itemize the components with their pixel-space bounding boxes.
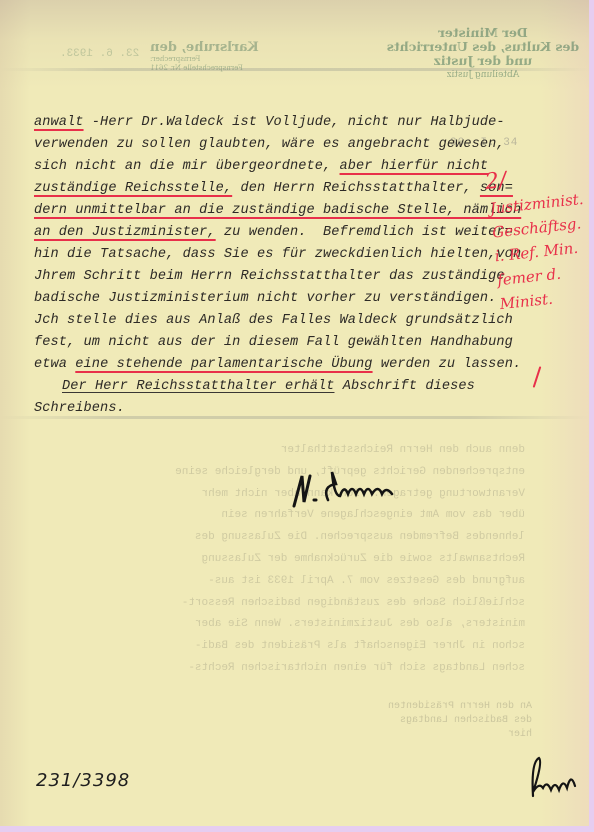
letter-line: zuständige Reichsstelle, den Herrn Reich… [34, 178, 554, 200]
letter-line: Jhrem Schritt beim Herrn Reichsstatthalt… [34, 266, 554, 288]
letter-line: hin die Tatsache, dass Sie es für zweckd… [34, 244, 554, 266]
file-number: 231/3398 [36, 770, 130, 791]
letter-line: dern unmittelbar an die zuständige badis… [34, 200, 554, 222]
letter-line: anwalt -Herr Dr.Waldeck ist Volljude, ni… [34, 112, 554, 134]
letterhead-date: 23. 6. 1933. [60, 48, 139, 60]
text-run: Jch stelle dies aus Anlaß des Falles Wal… [34, 313, 513, 328]
letter-line: Jch stelle dies aus Anlaß des Falles Wal… [34, 310, 554, 332]
letter-line: fest, um nicht aus der in diesem Fall ge… [34, 332, 554, 354]
underlined-phrase: Der Herr Reichsstatthalter erhält [62, 379, 335, 394]
letterhead-phone-number: Fernsprechstelle Nr. 2611 [150, 64, 259, 73]
text-run: Jhrem Schritt beim Herrn Reichsstatthalt… [34, 269, 505, 284]
letter-body: anwalt -Herr Dr.Waldeck ist Volljude, ni… [34, 112, 554, 420]
letter-line: Der Herr Reichsstatthalter erhält Abschr… [34, 376, 554, 398]
letterhead-location: Karlsruhe, den Fernsprecher: Fernsprechs… [150, 40, 259, 73]
authority-line: Der Minister [378, 26, 588, 40]
authority-department: Abteilung Justiz [378, 68, 588, 82]
annotation-number: 2/ [484, 169, 508, 195]
initials [525, 752, 581, 807]
underlined-phrase: anwalt [34, 115, 84, 130]
text-run: werden zu lassen. [373, 357, 522, 372]
text-run: etwa [34, 357, 75, 372]
letter-line: Schreibens. [34, 398, 554, 420]
letter-line: an den Justizminister, zu wenden. Befrem… [34, 222, 554, 244]
signature [288, 466, 408, 519]
letter-line: sich nicht an die mir übergeordnete, abe… [34, 156, 554, 178]
letter-line: etwa eine stehende parlamentarische Übun… [34, 354, 554, 376]
underlined-phrase: an den Justizminister, [34, 225, 216, 240]
underlined-phrase: dern unmittelbar an die zuständige badis… [34, 203, 521, 218]
letter-line: badische Justizministerium nicht vorher … [34, 288, 554, 310]
text-run: Abschrift dieses [335, 379, 475, 394]
text-run: zu wenden. Befremdlich ist weiter= [216, 225, 513, 240]
text-run: -Herr Dr.Waldeck ist Volljude, nicht nur… [84, 115, 505, 130]
underlined-phrase: eine stehende parlamentarische Übung [75, 357, 372, 372]
letterhead-authority: Der Minister des Kultus, des Unterrichts… [378, 26, 588, 82]
initials-scribble-icon [525, 752, 581, 802]
letter-line: verwenden zu sollen glaubten, wäre es an… [34, 134, 554, 156]
letterhead-city: Karlsruhe, den [150, 40, 259, 55]
signature-scribble-icon [288, 466, 408, 514]
underlined-phrase: aber hierfür nicht [340, 159, 489, 174]
text-run: hin die Tatsache, dass Sie es für zweckd… [34, 247, 521, 262]
text-run: sich nicht an die mir übergeordnete, [34, 159, 340, 174]
text-run: verwenden zu sollen glaubten, wäre es an… [34, 137, 505, 152]
scanned-letter-page: 23. 6. 1933. Karlsruhe, den Fernsprecher… [0, 0, 589, 826]
text-run: fest, um nicht aus der in diesem Fall ge… [34, 335, 513, 350]
underlined-phrase: zuständige Reichsstelle, [34, 181, 232, 196]
text-run: badische Justizministerium nicht vorher … [34, 291, 496, 306]
authority-line: und der Justiz [378, 54, 588, 68]
text-run: den Herrn Reichsstatthalter, [232, 181, 480, 196]
authority-line: des Kultus, des Unterrichts [378, 40, 588, 54]
annotation-text: Justizminist.Geschäftsg.i. Ref. Min.feme… [489, 187, 589, 316]
letterhead-phone: Fernsprecher: [150, 55, 259, 64]
show-through-address: An den Herrn Präsidenten des Badischen L… [388, 700, 532, 742]
text-run: Schreibens. [34, 401, 125, 416]
